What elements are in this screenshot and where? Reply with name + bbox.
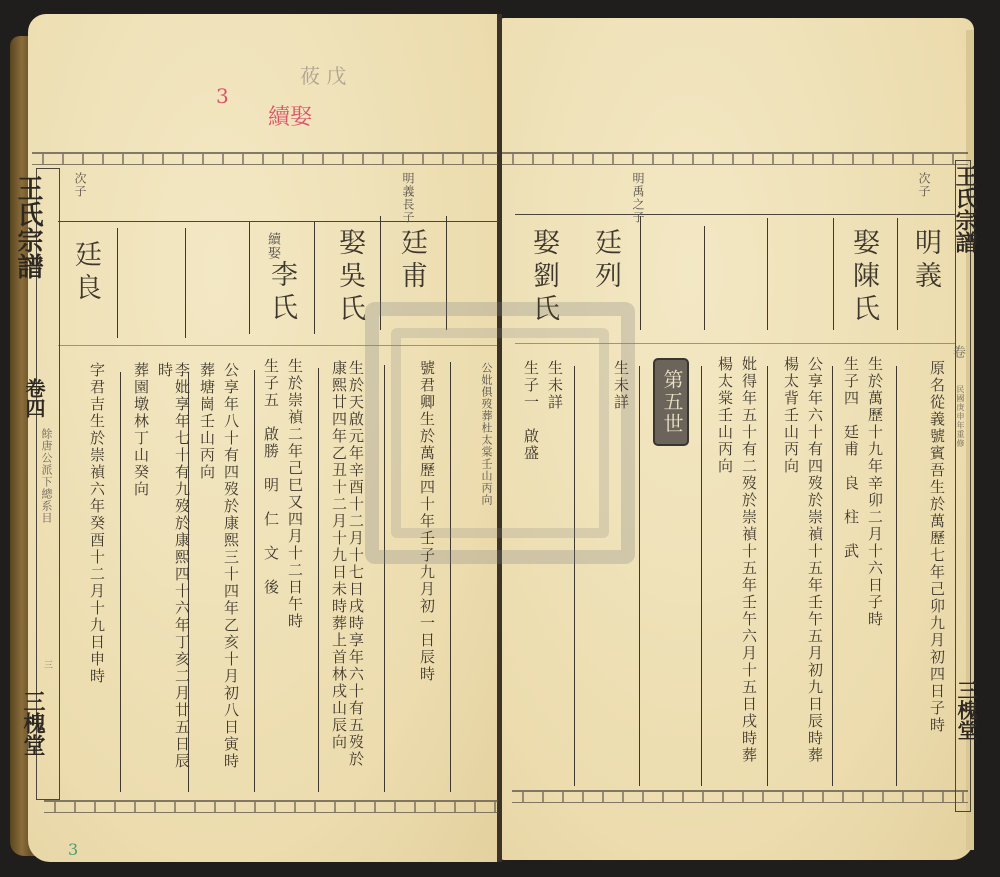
left-hall-name: 三槐堂 <box>18 690 49 756</box>
mingyi-burial: 楊太背壬山丙向 <box>782 356 799 776</box>
grid-line <box>249 222 250 334</box>
grid-line <box>185 228 186 338</box>
right-book-title: 王氏宗譜 <box>950 165 981 253</box>
red-number-annotation: 3 <box>216 84 229 108</box>
bottom-border-right <box>512 790 968 803</box>
tingfu-burial: 公妣俱歿葬杜太棠壬山丙向 <box>480 362 492 782</box>
li-sons: 生子五 啟勝 明 仁 文 後 <box>262 358 279 778</box>
tingliang-header: 次子 <box>74 172 86 198</box>
tinglie-spouse-birth: 生未詳 <box>546 360 563 411</box>
grid-line <box>767 218 768 330</box>
right-hall-name: 三槐堂 <box>952 680 981 740</box>
left-section-label: 餘唐公派下總系目 <box>40 428 52 524</box>
grid-line <box>639 366 640 786</box>
grid-line <box>896 366 897 786</box>
tinglie-spouse: 娶劉氏 <box>528 228 558 327</box>
green-number-annotation: 3 <box>68 840 78 859</box>
grid-line <box>117 228 118 338</box>
grid-line <box>318 368 319 792</box>
tingfu-header: 明義長子 <box>386 172 414 224</box>
right-margin-note: 民國庚申年重修 <box>956 385 965 448</box>
li-death: 李妣享年七十有九歿於康熙四十六年丁亥二月廿五日辰時 <box>156 362 190 782</box>
generation-badge: 第五世 <box>653 358 689 446</box>
red-stamp-annotation: 續娶 <box>268 100 312 131</box>
right-volume-label: 卷 <box>952 345 962 359</box>
grid-line <box>515 214 955 215</box>
mingyi-spouse: 娶陳氏 <box>848 228 878 327</box>
grid-line <box>640 216 641 330</box>
mingyi-sons: 生子四 廷甫 良 柱 武 <box>842 356 859 776</box>
tingfu-death: 公享年八十有四歿於康熙三十四年乙亥十月初八日寅時 <box>222 362 239 782</box>
wu-notes: 生於天啟元年辛酉十二月十七日戌時享年六十有五歿於康熙廿四年乙丑十二月十九日未時葬… <box>330 360 364 780</box>
collection-seal <box>365 302 635 564</box>
grid-line <box>314 222 315 334</box>
tingfu-name: 廷甫 <box>396 228 426 294</box>
grid-line <box>767 366 768 786</box>
spouse-death: 妣得年五十有二歿於崇禎十五年壬午六月十五日戌時葬 <box>740 356 757 776</box>
tinglie-header: 明禹之子 <box>616 172 644 224</box>
pencil-annotation: 莜 戊 <box>300 60 346 89</box>
grid-line <box>832 366 833 786</box>
mingyi-name: 明義 <box>910 228 940 294</box>
bottom-border-left <box>44 800 498 813</box>
grid-line <box>704 226 705 330</box>
tingfu-notes: 號君卿生於萬歷四十年壬子九月初一日辰時 <box>418 360 435 780</box>
grid-line <box>120 372 121 792</box>
spouse-burial: 楊太棠壬山丙向 <box>716 356 733 776</box>
tingliang-notes: 字君吉生於崇禎六年癸酉十二月十九日申時 <box>88 362 105 782</box>
mingyi-notes: 原名從義號賓吾生於萬歷七年己卯九月初四日子時 <box>928 360 945 760</box>
grid-line <box>701 366 702 786</box>
left-page-number: 三 <box>42 660 52 670</box>
li-spouse-prefix: 續娶 <box>266 232 278 260</box>
mingyi-relation: 次子 <box>918 172 930 198</box>
left-book-title: 王氏宗譜 <box>14 175 42 279</box>
grid-line <box>58 221 498 222</box>
mingyi-spouse-birth: 生於萬歷十九年辛卯二月十六日子時 <box>866 356 883 776</box>
top-border-right <box>502 152 968 165</box>
top-border-left <box>32 152 498 165</box>
tinglie-birth: 生未詳 <box>612 360 629 411</box>
li-birth: 生於崇禎二年己巳又四月十二日午時 <box>286 358 303 778</box>
wu-spouse: 娶吳氏 <box>334 228 364 327</box>
li-grave: 葬園墩林丁山癸向 <box>132 362 149 782</box>
tinglie-name: 廷列 <box>590 228 620 294</box>
grid-line <box>833 218 834 330</box>
tingliang-name: 廷良 <box>70 240 100 306</box>
tinglie-sons: 生子一 啟盛 <box>522 360 539 462</box>
left-volume-label: 卷四 <box>20 378 49 418</box>
grid-line <box>254 370 255 792</box>
grid-line <box>897 218 898 330</box>
mingyi-death: 公享年六十有四歿於崇禎十五年壬午五月初九日辰時葬 <box>806 356 823 776</box>
tingfu-grave: 葬塘崗壬山丙向 <box>198 362 215 782</box>
li-spouse: 李氏 <box>266 260 296 326</box>
